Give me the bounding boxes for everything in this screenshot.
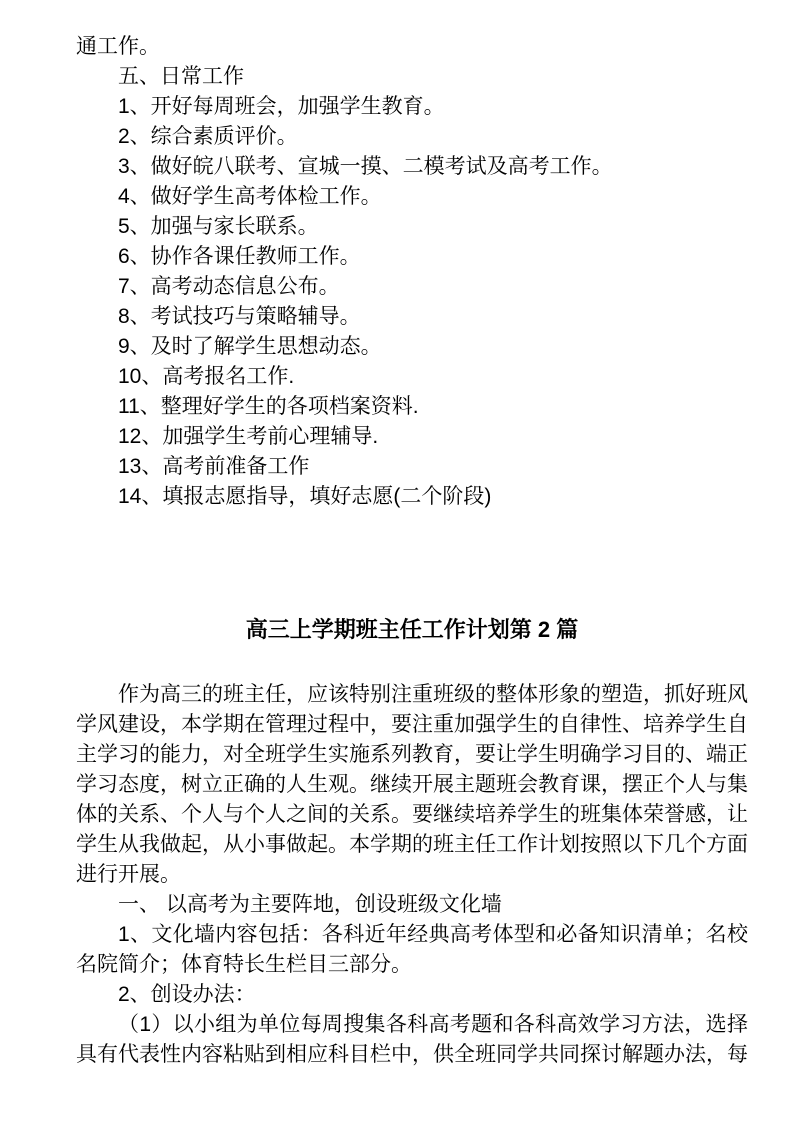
article-paragraph-wall-content: 1、文化墙内容包括：各科近年经典高考体型和必备知识清单；名校名院简介；体育特长生… xyxy=(76,920,748,980)
list-item: 10、高考报名工作. xyxy=(76,362,748,392)
list-item: 6、协作各课任教师工作。 xyxy=(76,242,748,272)
article-heading-culture-wall: 一、 以高考为主要阵地，创设班级文化墙 xyxy=(76,890,748,920)
section-heading-daily-work: 五、日常工作 xyxy=(76,62,748,92)
list-item: 12、加强学生考前心理辅导. xyxy=(76,422,748,452)
article-paragraph-intro: 作为高三的班主任，应该特别注重班级的整体形象的塑造，抓好班风学风建设，本学期在管… xyxy=(76,680,748,890)
list-item: 11、整理好学生的各项档案资料. xyxy=(76,392,748,422)
article-paragraph-methods-heading: 2、创设办法： xyxy=(76,980,748,1010)
list-item: 13、高考前准备工作 xyxy=(76,452,748,482)
list-item: 14、填报志愿指导，填好志愿(二个阶段) xyxy=(76,482,748,512)
list-item: 2、综合素质评价。 xyxy=(76,122,748,152)
list-item: 4、做好学生高考体检工作。 xyxy=(76,182,748,212)
article-paragraph-method-1: （1）以小组为单位每周搜集各科高考题和各科高效学习方法，选择具有代表性内容粘贴到… xyxy=(76,1010,748,1070)
continuation-text: 通工作。 xyxy=(76,32,748,62)
list-item: 7、高考动态信息公布。 xyxy=(76,272,748,302)
list-item: 8、考试技巧与策略辅导。 xyxy=(76,302,748,332)
list-item: 1、开好每周班会，加强学生教育。 xyxy=(76,92,748,122)
list-item: 5、加强与家长联系。 xyxy=(76,212,748,242)
article-title: 高三上学期班主任工作计划第 2 篇 xyxy=(76,612,748,648)
list-item: 9、及时了解学生思想动态。 xyxy=(76,332,748,362)
document-page: 通工作。 五、日常工作 1、开好每周班会，加强学生教育。 2、综合素质评价。 3… xyxy=(0,0,793,1122)
list-item: 3、做好皖八联考、宣城一摸、二模考试及高考工作。 xyxy=(76,152,748,182)
